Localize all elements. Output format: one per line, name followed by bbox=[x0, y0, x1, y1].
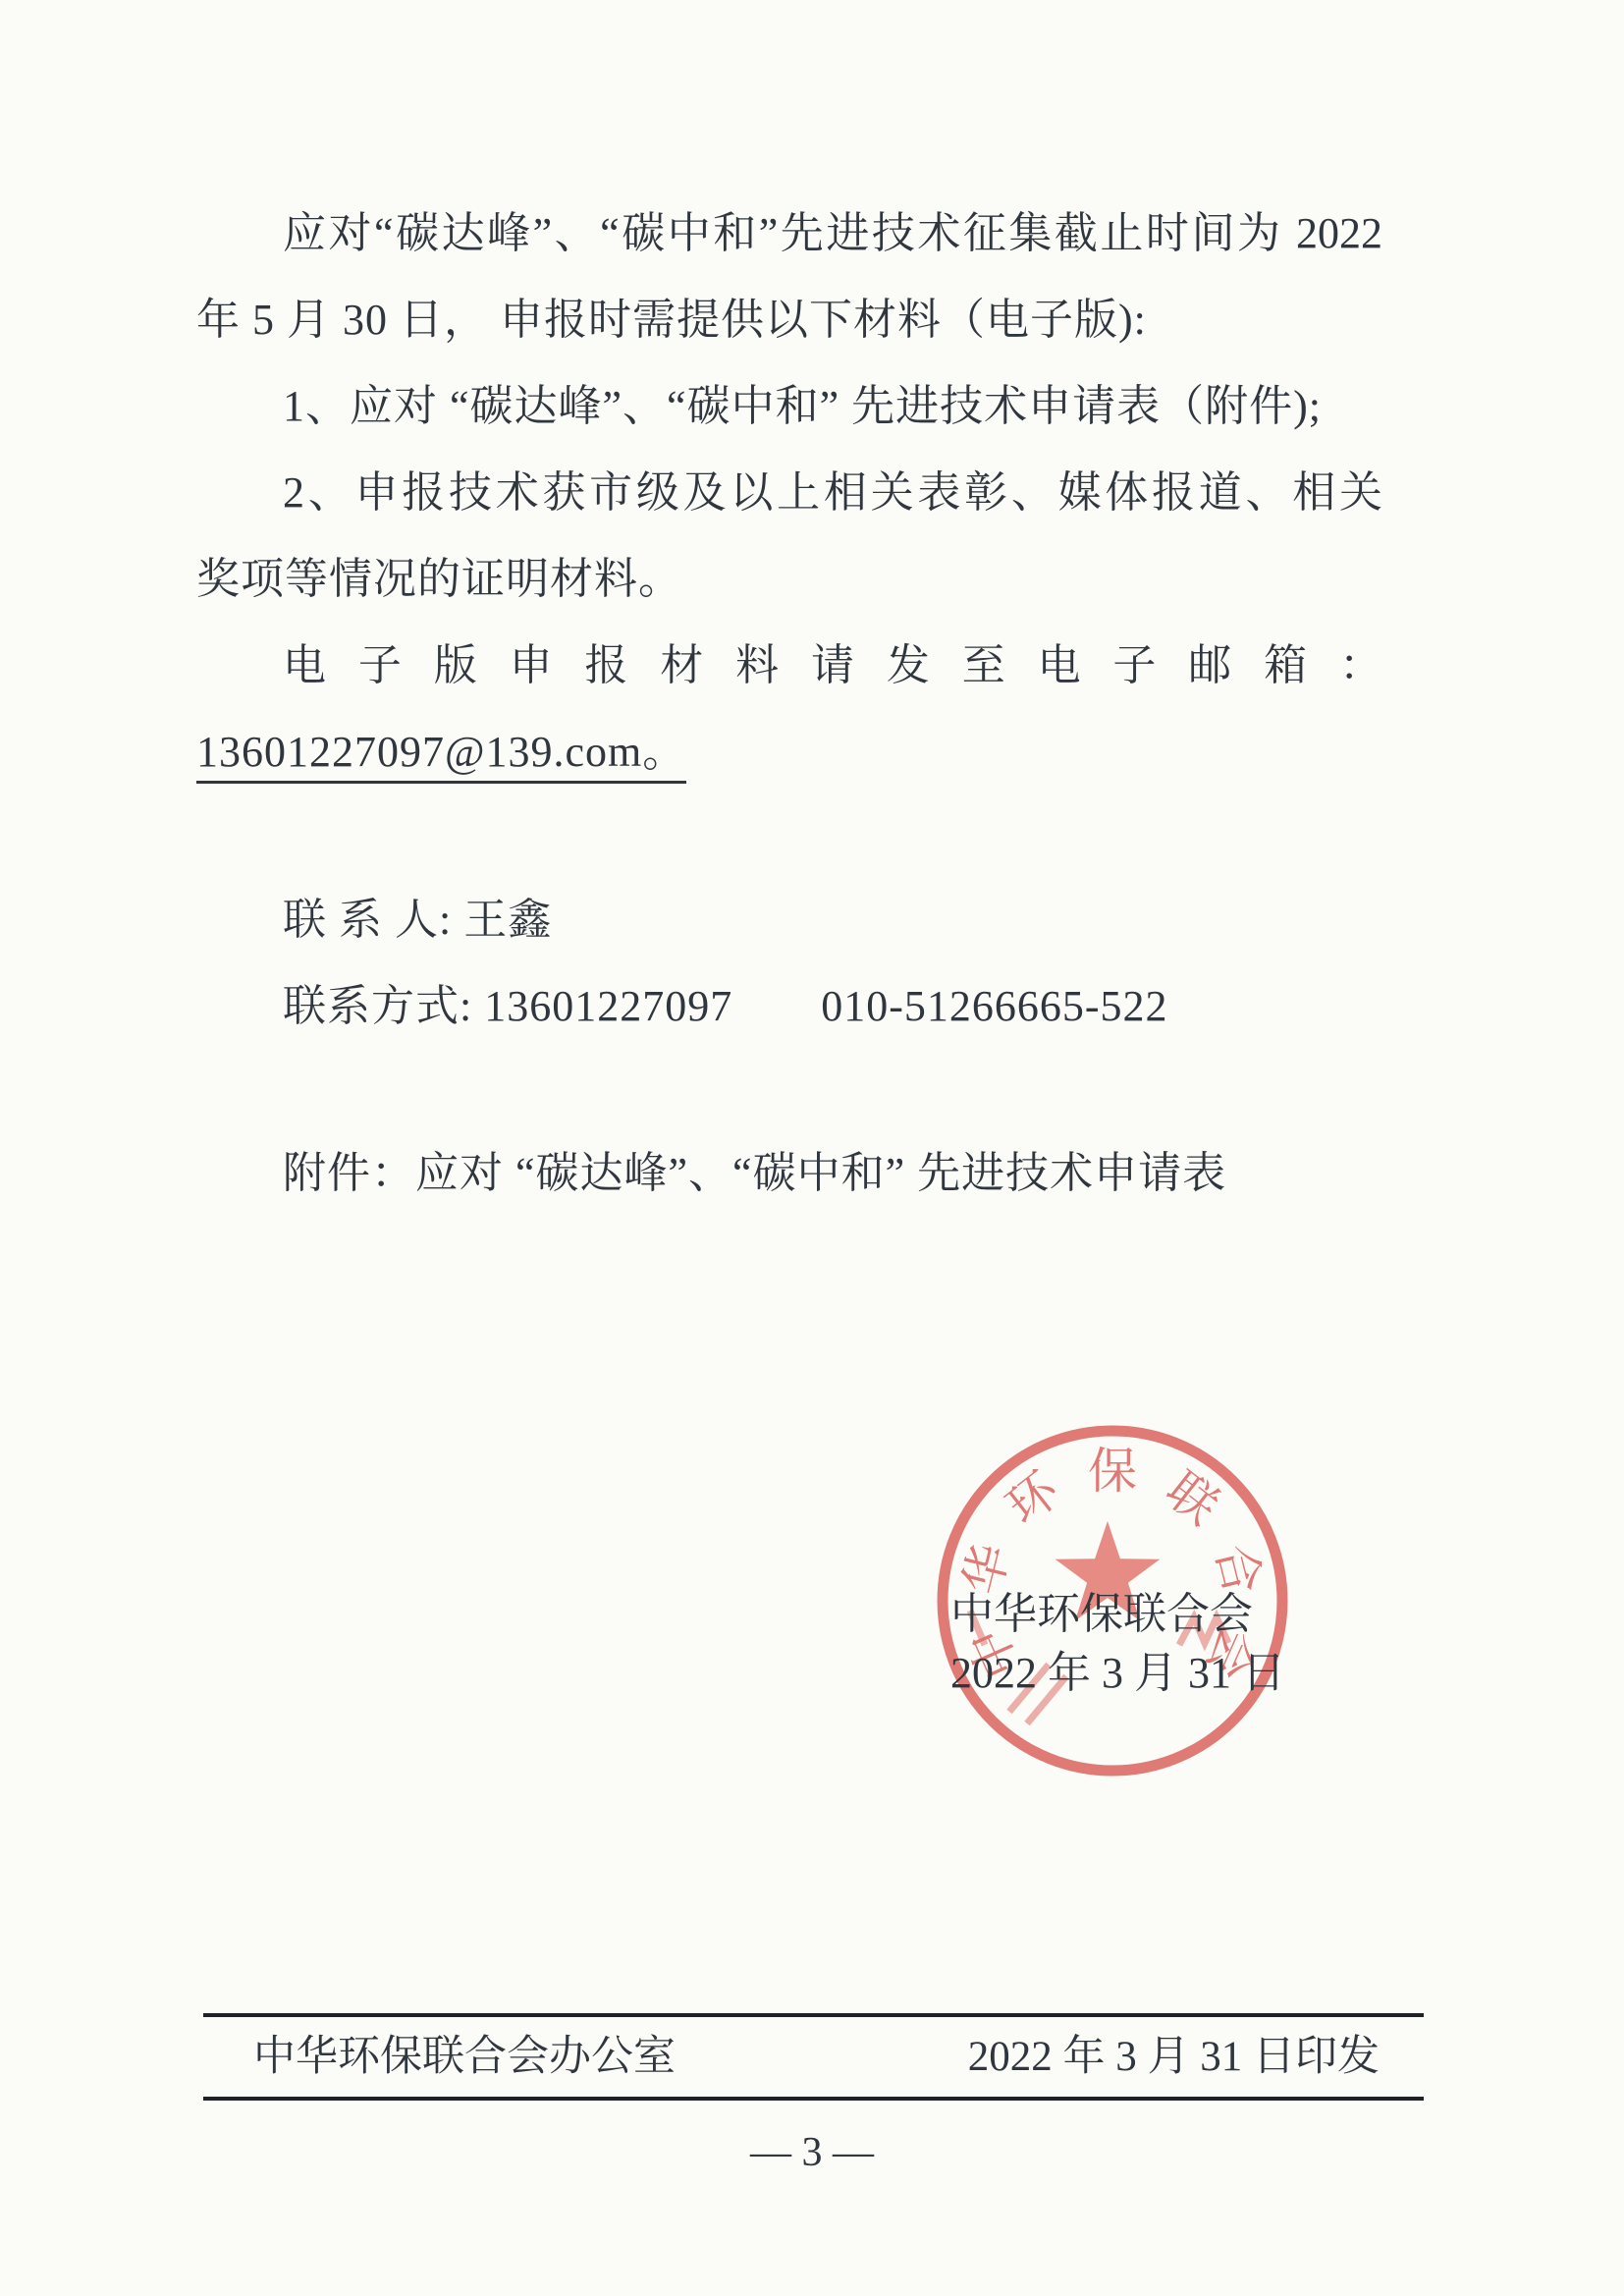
list-item-2-line-2: 奖项等情况的证明材料。 bbox=[196, 551, 682, 608]
list-item-2-line-1: 2、申报技术获市级及以上相关表彰、媒体报道、相关 bbox=[283, 465, 1382, 521]
seal-arc-char: 保 bbox=[1088, 1444, 1137, 1499]
footer-top-rule bbox=[203, 2013, 1424, 2017]
footer-print-date: 2022 年 3 月 31 日印发 bbox=[968, 2031, 1380, 2084]
paragraph-1-line-2: 年 5 月 30 日， 申报时需提供以下材料（电子版): bbox=[196, 292, 1147, 349]
contact-phone: 联系方式: 13601227097 010-51266665-522 bbox=[283, 978, 1168, 1035]
contact-person: 联 系 人: 王鑫 bbox=[283, 892, 552, 949]
list-item-1: 1、应对 “碳达峰”、“碳中和” 先进技术申请表（附件); bbox=[283, 378, 1322, 435]
page-number: — 3 — bbox=[0, 2129, 1624, 2176]
footer-bottom-rule bbox=[203, 2097, 1424, 2101]
document-page: 应对“碳达峰”、“碳中和”先进技术征集截止时间为 2022 年 5 月 30 日… bbox=[0, 0, 1624, 2296]
signature-date: 2022 年 3 月 31 日 bbox=[950, 1646, 1285, 1701]
paragraph-1-line-1: 应对“碳达峰”、“碳中和”先进技术征集截止时间为 2022 bbox=[283, 205, 1382, 262]
signature-org: 中华环保联合会 bbox=[950, 1587, 1253, 1642]
email-address: 13601227097@139.com。 bbox=[196, 724, 686, 781]
attachment-note: 附件：应对 “碳达峰”、“碳中和” 先进技术申请表 bbox=[283, 1145, 1226, 1202]
email-address-text: 13601227097@139.com。 bbox=[196, 728, 686, 784]
email-intro-line: 电子版申报材料请发至电子邮箱： bbox=[283, 637, 1382, 694]
footer-issuing-office: 中华环保联合会办公室 bbox=[253, 2031, 676, 2084]
